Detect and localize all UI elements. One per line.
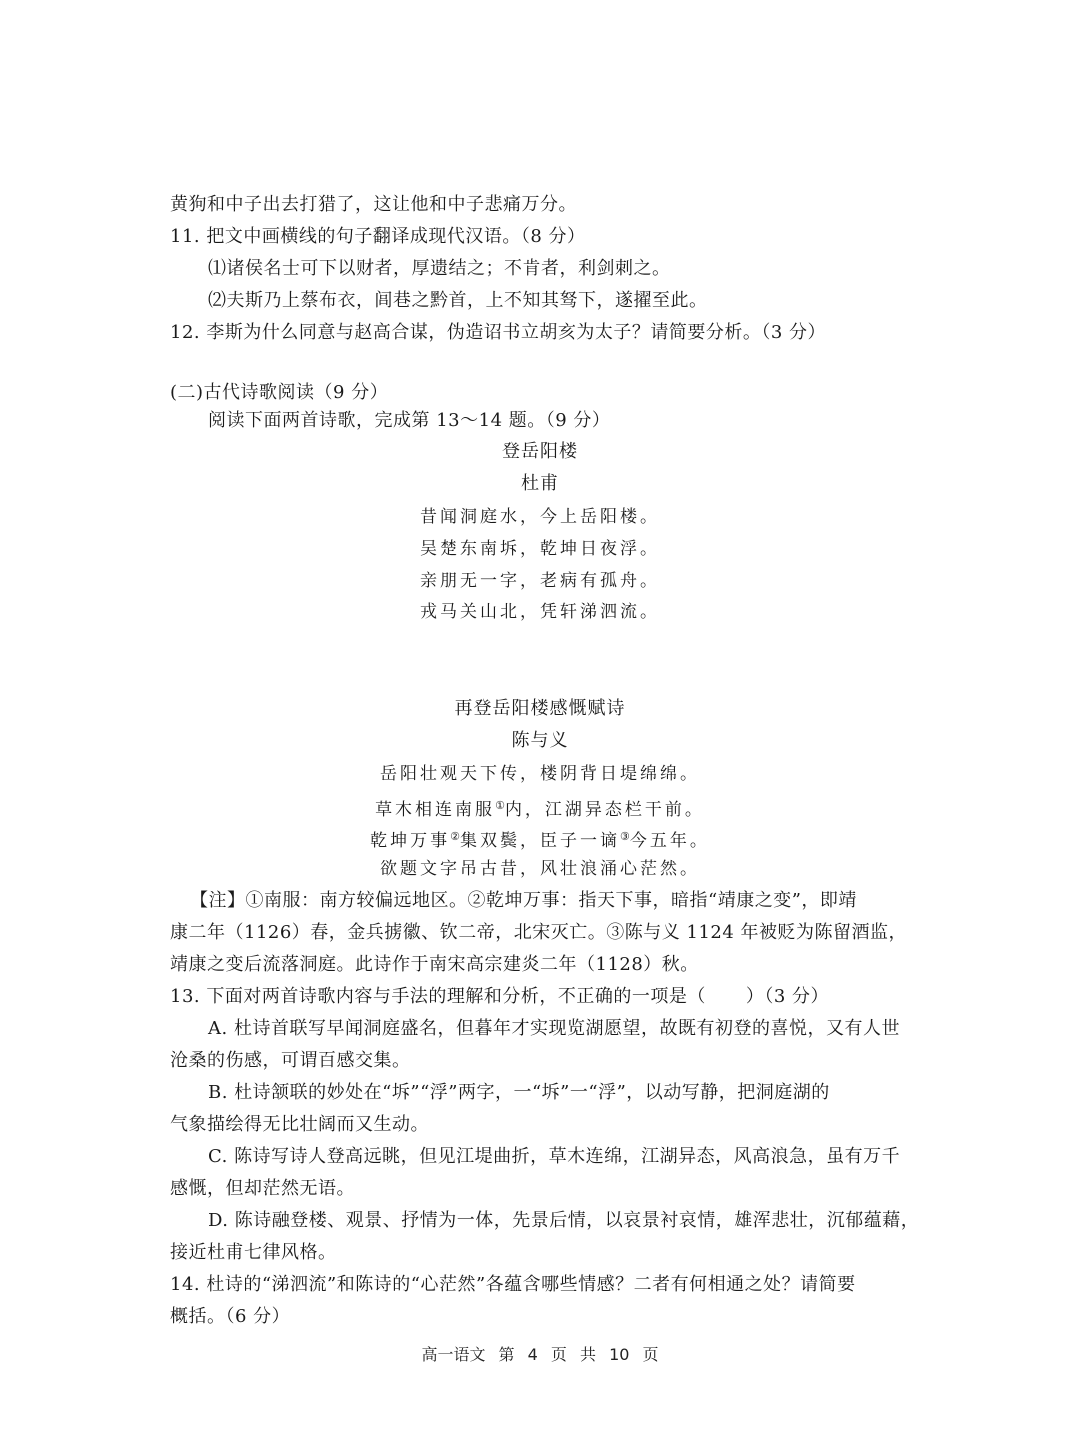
poem-2-line-text: 草木相连南服 [375,800,495,820]
option-c-cont: 感慨，但却茫然无语。 [170,1177,915,1201]
option-b-cont: 气象描绘得无比壮阔而又生动。 [170,1113,915,1137]
question-14-stem: 14. 杜诗的“涕泗流”和陈诗的“心茫然”各蕴含哪些情感？二者有何相通之处？请简… [170,1273,915,1297]
footer-page: 第 4 页 [499,1345,567,1364]
poem-2-title: 再登岳阳楼感慨赋诗 [0,697,1080,721]
option-b: B. 杜诗颔联的妙处在“坼”“浮”两字，一“坼”一“浮”，以动写静，把洞庭湖的 [208,1081,953,1105]
exam-page: 黄狗和中子出去打猎了，这让他和中子悲痛万分。 11. 把文中画横线的句子翻译成现… [0,0,1080,1440]
question-13-stem: 13. 下面对两首诗歌内容与手法的理解和分析，不正确的一项是（）（3 分） [170,985,915,1009]
option-a-cont: 沧桑的伤感，可谓百感交集。 [170,1049,915,1073]
footnote-marker: ① [495,799,505,812]
poem-2-line-text: 今五年。 [630,831,710,851]
notes-line: 康二年（1126）春，金兵掳徽、钦二帝，北宋灭亡。③陈与义 1124 年被贬为陈… [170,921,915,945]
poem-2-line: 欲题文字吊古昔，风壮浪涌心茫然。 [0,857,1080,881]
poem-2-line-text: 欲题文字吊古昔，风壮浪涌心茫然。 [380,859,700,879]
question-13-score: ）（3 分） [746,986,829,1007]
passage-tail: 黄狗和中子出去打猎了，这让他和中子悲痛万分。 [170,193,915,217]
poem-2-line-text: 集双鬓，臣子一谪 [460,831,620,851]
poem-1-line: 吴楚东南坼，乾坤日夜浮。 [0,537,1080,561]
question-12-stem: 12. 李斯为什么同意与赵高合谋，伪造诏书立胡亥为太子？请简要分析。（3 分） [170,321,915,345]
poem-1-line: 亲朋无一字，老病有孤舟。 [0,569,1080,593]
poem-1-line: 戎马关山北，凭轩涕泗流。 [0,600,1080,624]
option-d: D. 陈诗融登楼、观景、抒情为一体，先景后情，以哀景衬哀情，雄浑悲壮，沉郁蕴藉， [208,1209,953,1233]
poem-1-title: 登岳阳楼 [0,440,1080,464]
poem-2-line: 岳阳壮观天下传，楼阴背日堤绵绵。 [0,762,1080,786]
option-a: A. 杜诗首联写早闻洞庭盛名，但暮年才实现览湖愿望，故既有初登的喜悦，又有人世 [208,1017,953,1041]
option-c: C. 陈诗写诗人登高远眺，但见江堤曲折，草木连绵，江湖异态，风高浪急，虽有万千 [208,1145,953,1169]
poem-2-line-text: 乾坤万事 [370,831,450,851]
poem-2-line: 草木相连南服①内，江湖异态栏干前。 [0,794,1080,822]
poem-1-line: 昔闻洞庭水，今上岳阳楼。 [0,505,1080,529]
option-d-cont: 接近杜甫七律风格。 [170,1241,915,1265]
footnote-marker: ③ [620,830,630,843]
footer-total: 共 10 页 [580,1345,659,1364]
question-11-item-1: ⑴诸侯名士可下以财者，厚遗结之；不肯者，利剑刺之。 [208,257,953,281]
poem-1-author: 杜甫 [0,472,1080,496]
notes-line: 靖康之变后流落洞庭。此诗作于南宋高宗建炎二年（1128）秋。 [170,953,915,977]
question-13-stem-text: 13. 下面对两首诗歌内容与手法的理解和分析，不正确的一项是（ [170,986,706,1007]
question-14-stem-cont: 概括。（6 分） [170,1305,915,1329]
poem-2-author: 陈与义 [0,729,1080,753]
poem-2-line-text: 内，江湖异态栏干前。 [505,800,705,820]
question-11-item-2: ⑵夫斯乃上蔡布衣，闾巷之黔首，上不知其驽下，遂擢至此。 [208,289,953,313]
poem-2-line: 乾坤万事②集双鬓，臣子一谪③今五年。 [0,825,1080,853]
section-instruction: 阅读下面两首诗歌，完成第 13～14 题。（9 分） [208,409,953,433]
footer-subject: 高一语文 [421,1345,485,1364]
notes-line: 【注】①南服：南方较偏远地区。②乾坤万事：指天下事，暗指“靖康之变”，即靖 [190,889,935,913]
page-footer: 高一语文 第 4 页 共 10 页 [0,1342,1080,1365]
footnote-marker: ② [450,830,460,843]
question-11-stem: 11. 把文中画横线的句子翻译成现代汉语。（8 分） [170,225,915,249]
section-heading: (二)古代诗歌阅读（9 分） [170,381,915,405]
poem-2-line-text: 岳阳壮观天下传，楼阴背日堤绵绵。 [380,764,700,784]
